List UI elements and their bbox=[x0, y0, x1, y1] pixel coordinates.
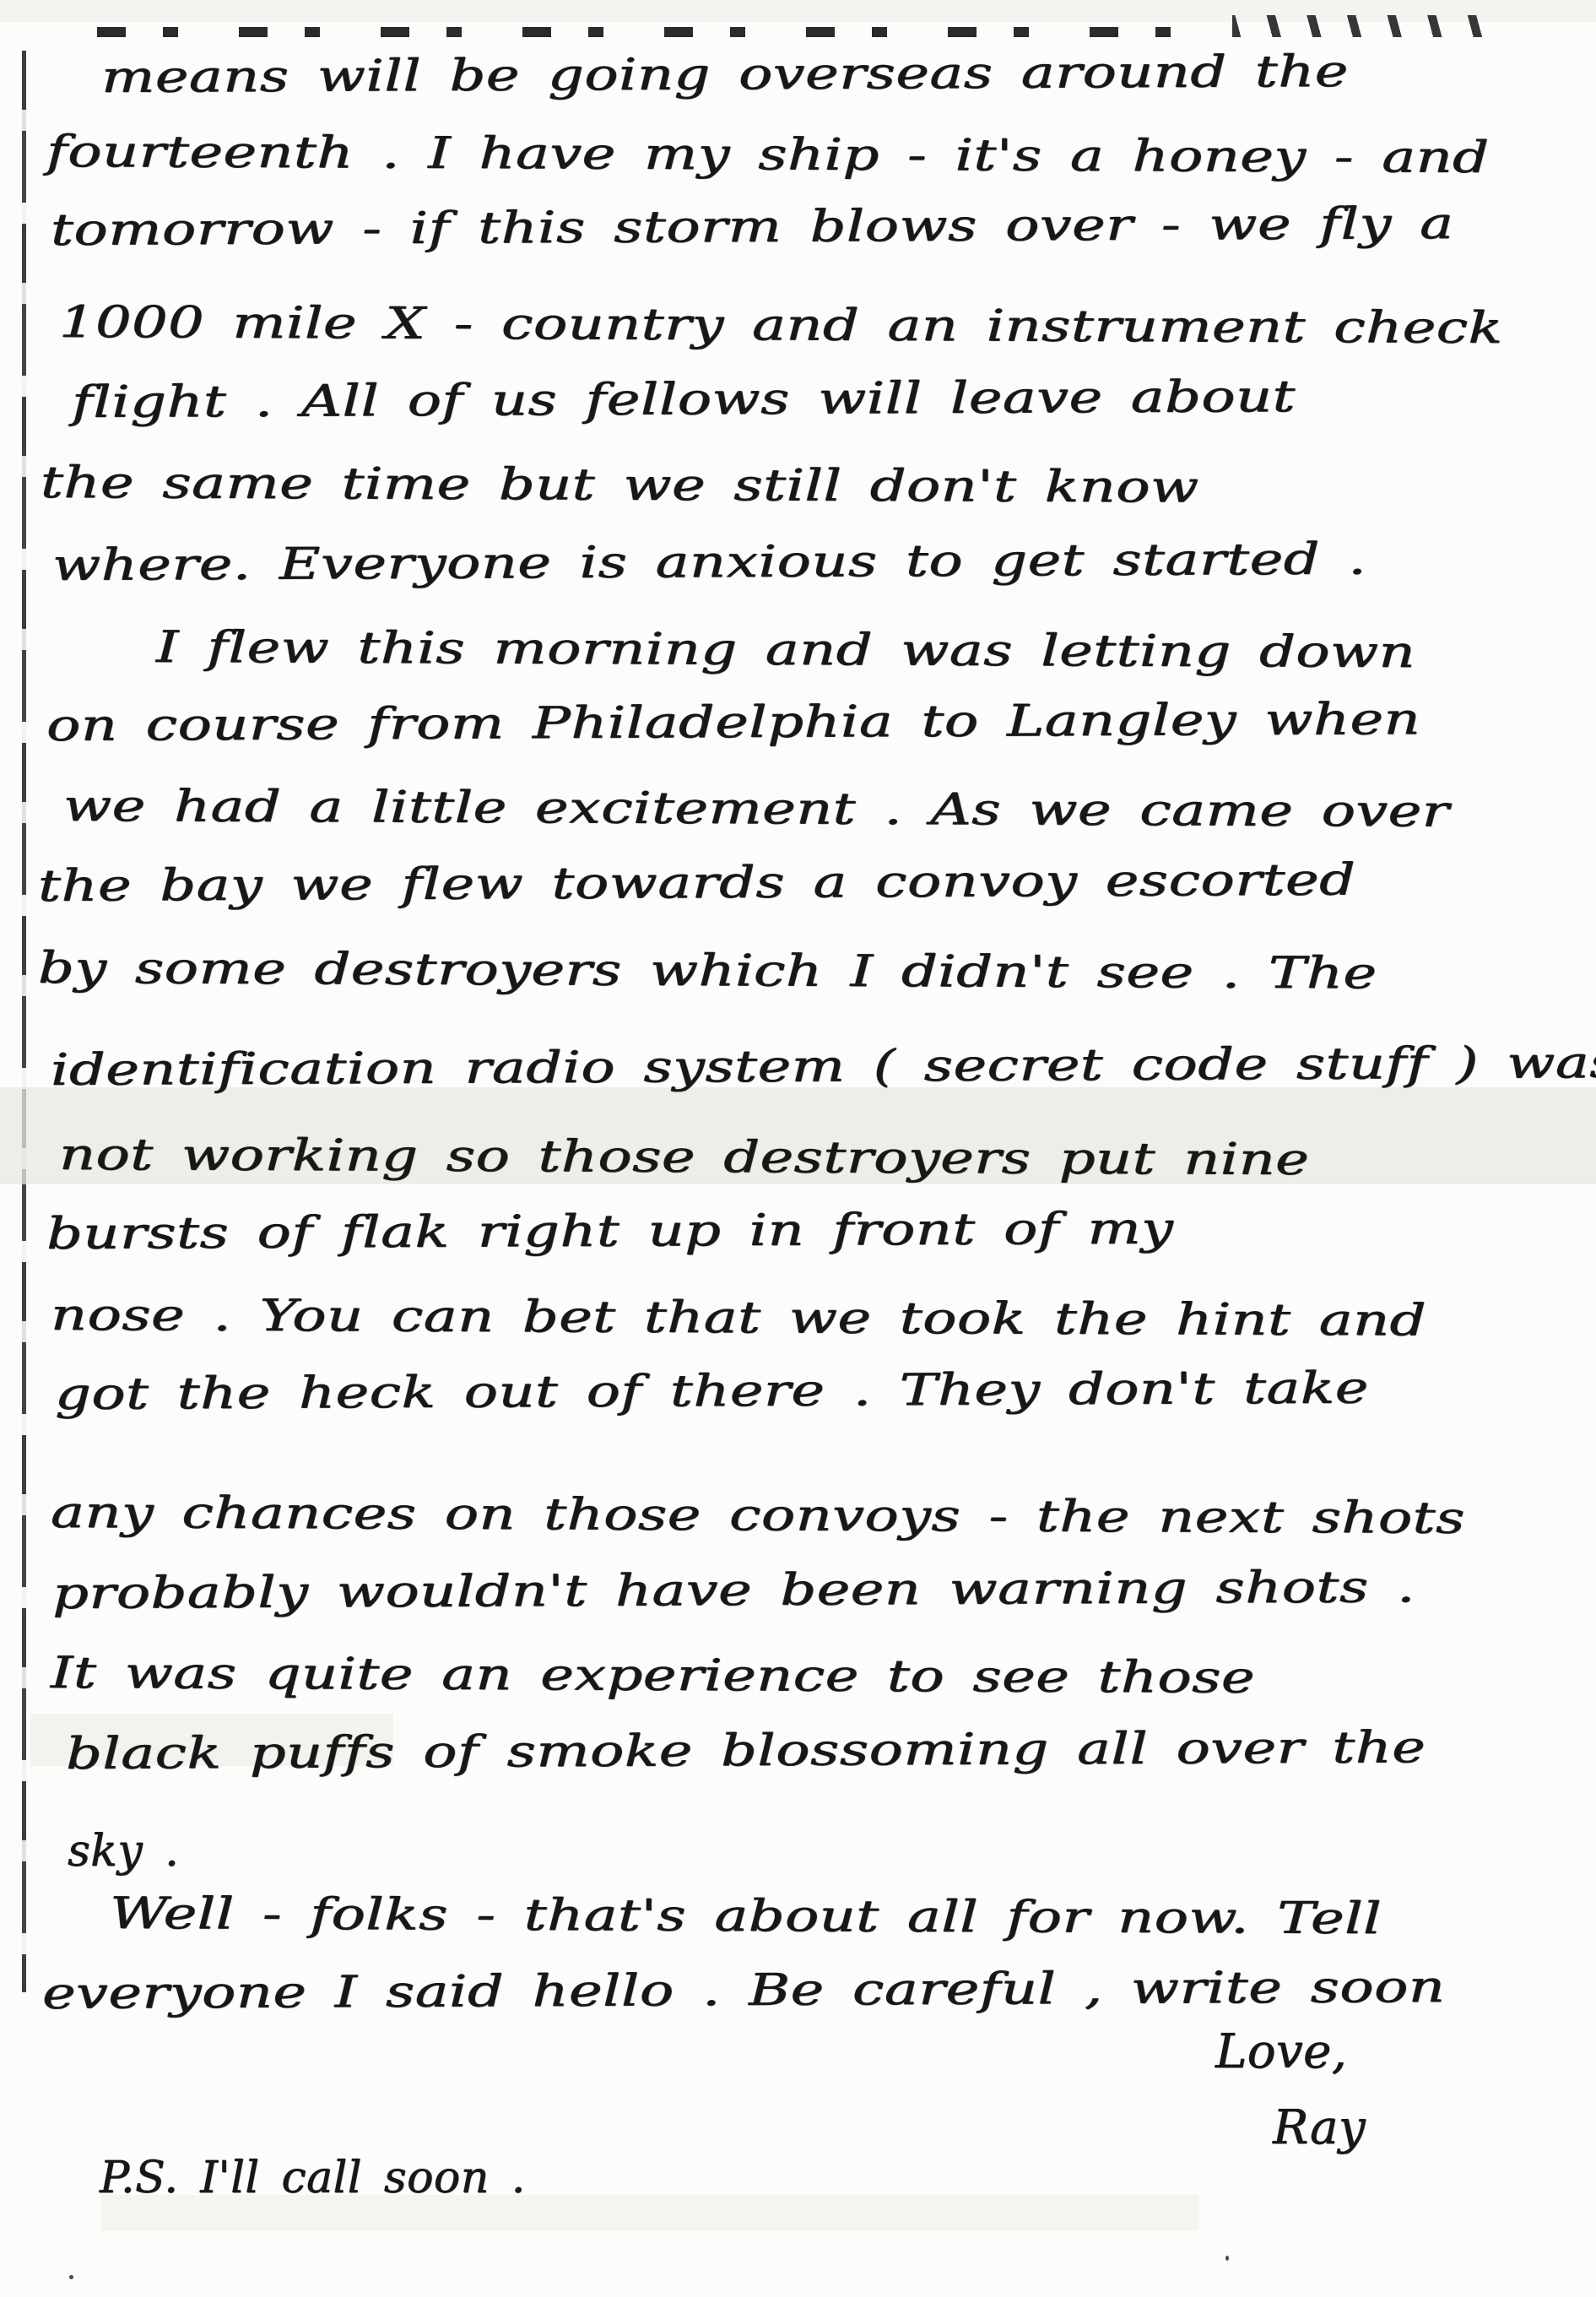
letter-line: sky . bbox=[68, 1826, 179, 1877]
letter-line: the bay we flew towards a convoy escorte… bbox=[38, 855, 1356, 912]
letter-line: 1000 mile X - country and an instrument … bbox=[59, 297, 1503, 354]
letter-line: by some destroyers which I didn't see . … bbox=[38, 943, 1377, 999]
letter-line: any chances on those convoys - the next … bbox=[51, 1487, 1465, 1544]
scan-speck bbox=[1225, 2256, 1229, 2261]
letter-closing-line: everyone I said hello . Be careful , wri… bbox=[42, 1962, 1446, 2019]
valediction: Love, bbox=[1215, 2024, 1347, 2079]
cutoff-previous-line-fragments bbox=[97, 27, 1211, 37]
letter-line: not working so those destroyers put nine bbox=[59, 1130, 1310, 1185]
scan-speck bbox=[69, 2275, 73, 2279]
letter-line: flight . All of us fellows will leave ab… bbox=[72, 371, 1296, 428]
scan-edge-artifact bbox=[22, 51, 26, 1992]
letter-line: fourteenth . I have my ship - it's a hon… bbox=[46, 127, 1490, 183]
letter-line: bursts of flak right up in front of my bbox=[46, 1204, 1174, 1260]
letter-line: identification radio system ( secret cod… bbox=[51, 1037, 1596, 1096]
letter-line: we had a little excitement . As we came … bbox=[63, 781, 1449, 837]
letter-line: tomorrow - if this storm blows over - we… bbox=[51, 198, 1454, 256]
signature: Ray bbox=[1273, 2100, 1366, 2155]
letter-line: I flew this morning and was letting down bbox=[156, 622, 1415, 678]
cutoff-previous-line-fragments-right bbox=[1232, 15, 1485, 37]
letter-line: where. Everyone is anxious to get starte… bbox=[52, 534, 1366, 591]
postscript: P.S. I'll call soon . bbox=[100, 2153, 526, 2203]
letter-line: probably wouldn't have been warning shot… bbox=[52, 1562, 1415, 1619]
letter-line: means will be going overseas around the bbox=[101, 46, 1349, 103]
letter-line: black puffs of smoke blossoming all over… bbox=[66, 1722, 1426, 1780]
letter-line: got the heck out of there . They don't t… bbox=[55, 1363, 1369, 1420]
letter-page: means will be going overseas around the … bbox=[0, 0, 1596, 2297]
letter-line: It was quite an experience to see those bbox=[51, 1648, 1255, 1704]
letter-line: nose . You can bet that we took the hint… bbox=[51, 1290, 1426, 1346]
letter-line: on course from Philadelphia to Langley w… bbox=[46, 694, 1420, 751]
letter-line: the same time but we still don't know bbox=[41, 458, 1199, 513]
letter-closing-line: Well - folks - that's about all for now.… bbox=[110, 1888, 1382, 1944]
